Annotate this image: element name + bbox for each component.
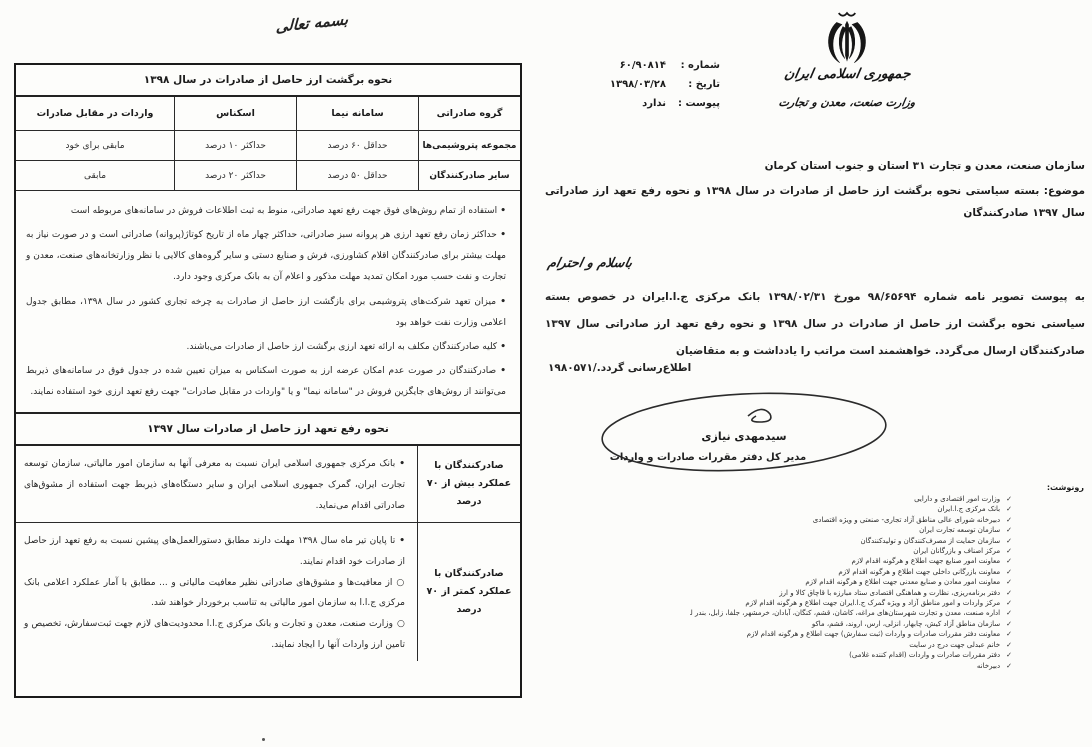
list-item: سامانه نیما — [296, 97, 418, 131]
cc-item: ✓معاونت امور معادن و صنایع معدنی جهت اطل… — [690, 577, 1012, 587]
policy-item: ○وزارت صنعت، معدن و تجارت و بانک مرکزی ج… — [24, 614, 405, 655]
checkmark-icon: ✓ — [1006, 516, 1012, 524]
checkmark-icon: ✓ — [1006, 526, 1012, 534]
list-item: اسکناس — [174, 97, 296, 131]
letter-attachment-row: پیوست : ندارد — [545, 94, 720, 113]
checkmark-icon: ✓ — [1006, 609, 1012, 617]
scan-artifact-dot — [262, 738, 265, 741]
cc-item: ✓بانک مرکزی ج.ا.ایران — [690, 504, 1012, 514]
checkmark-icon: ✓ — [1006, 578, 1012, 586]
table2-group-label: صادرکنندگان با عملکرد بیش از ۷۰ درصد — [417, 446, 520, 522]
subject-line: موضوع: بسته سیاستی نحوه برگشت ارز حاصل ا… — [545, 181, 1085, 224]
table1-header-row: گروه صادراتیسامانه نیمااسکناسواردات در م… — [16, 97, 520, 131]
policy-item-text: تا پایان تیر ماه سال ۱۳۹۸ مهلت دارند مطا… — [24, 536, 405, 567]
iran-emblem-icon — [818, 10, 876, 68]
table1-cell: حداقل ۶۰ درصد — [296, 131, 418, 161]
bullet-marker-icon: • — [399, 536, 405, 546]
cc-item: ✓سازمان مناطق آزاد کیش، چابهار، انزلی، ا… — [690, 619, 1012, 629]
cc-item-text: خانم عبدلی جهت درج در سایت — [909, 641, 1000, 649]
list-item: واردات در مقابل صادرات — [16, 97, 174, 131]
republic-calligraphy: جمهوری اسلامی ایران — [754, 66, 942, 82]
cc-item-text: معاونت دفتر مقررات صادرات و واردات (ثبت … — [747, 630, 1000, 638]
table2-title: نحوه رفع تعهد ارز حاصل از صادرات سال ۱۳۹… — [16, 412, 520, 446]
policy-item-text: بانک مرکزی جمهوری اسلامی ایران نسبت به م… — [24, 459, 405, 510]
number-value: ۶۰/۹۰۸۱۴ — [620, 56, 666, 75]
table1-cell: سایر صادرکنندگان — [418, 161, 520, 191]
cc-item-text: وزارت امور اقتصادی و دارایی — [914, 495, 1000, 503]
table2-row-above-70: صادرکنندگان با عملکرد بیش از ۷۰ درصد •با… — [16, 446, 520, 523]
cc-item-text: بانک مرکزی ج.ا.ایران — [937, 505, 1000, 513]
date-value: ۱۳۹۸/۰۳/۲۸ — [610, 75, 666, 94]
list-item: گروه صادراتی — [418, 97, 520, 131]
table1-row-petrochemicals: مجموعه پتروشیمی‌ها حداقل ۶۰ درصد حداکثر … — [16, 131, 520, 161]
cc-label: رونوشت: — [1018, 483, 1084, 492]
cc-item: ✓دفتر مقررات صادرات و واردات (اقدام کنند… — [690, 650, 1012, 660]
checkmark-icon: ✓ — [1006, 547, 1012, 555]
bullet-marker-icon: ○ — [396, 578, 405, 588]
bullet-marker-icon: ○ — [397, 619, 405, 629]
list-item: کلیه صادرکنندگان مکلف به ارائه تعهد ارزی… — [26, 337, 506, 358]
table1-cell: مابقی برای خود — [16, 131, 174, 161]
cc-item-text: سازمان حمایت از مصرف‌کنندگان و تولیدکنند… — [860, 537, 1000, 545]
cc-item: ✓معاونت بازرگانی داخلی جهت اطلاع و هرگون… — [690, 567, 1012, 577]
cc-item: ✓دفتر برنامه‌ریزی، نظارت و هماهنگی اقتصا… — [690, 588, 1012, 598]
table1-title: نحوه برگشت ارز حاصل از صادرات در سال ۱۳۹… — [16, 65, 520, 97]
cc-item-text: دبیرخانه — [977, 662, 1000, 670]
cc-item-text: معاونت امور صنایع جهت اطلاع و هرگونه اقد… — [851, 557, 1000, 565]
letter-meta-block: شماره : ۶۰/۹۰۸۱۴ تاریخ : ۱۳۹۸/۰۳/۲۸ پیوس… — [545, 56, 720, 113]
checkmark-icon: ✓ — [1006, 568, 1012, 576]
policy-item: •بانک مرکزی جمهوری اسلامی ایران نسبت به … — [24, 454, 405, 516]
policy-item: ○از معافیت‌ها و مشوق‌های صادراتی نظیر مع… — [24, 573, 405, 614]
checkmark-icon: ✓ — [1006, 641, 1012, 649]
bullet-marker-icon: • — [399, 459, 405, 469]
list-item: صادرکنندگان در صورت عدم امکان عرضه ارز ب… — [26, 361, 506, 403]
signature-block: سیدمهدی نیازی مدیر کل دفتر مقررات صادرات… — [598, 390, 890, 482]
policy-item-text: وزارت صنعت، معدن و تجارت و بانک مرکزی ج.… — [24, 619, 405, 650]
letter-body-closing: اطلاع‌رسانی گردد./۱۹۸۰۵۷۱ — [548, 362, 848, 374]
table1-cell: مابقی — [16, 161, 174, 191]
cc-item-text: سازمان توسعه تجارت ایران — [919, 526, 1000, 534]
checkmark-icon: ✓ — [1006, 589, 1012, 597]
checkmark-icon: ✓ — [1006, 662, 1012, 670]
table1-cell: حداکثر ۱۰ درصد — [174, 131, 296, 161]
table1-row-other-exporters: سایر صادرکنندگان حداقل ۵۰ درصد حداکثر ۲۰… — [16, 161, 520, 191]
table1-cell: مجموعه پتروشیمی‌ها — [418, 131, 520, 161]
cc-item-text: معاونت امور معادن و صنایع معدنی جهت اطلا… — [805, 578, 1000, 586]
checkmark-icon: ✓ — [1006, 620, 1012, 628]
cc-item-text: دبیرخانه شورای عالی مناطق آزاد تجاری- صن… — [813, 516, 1000, 524]
cc-item: ✓معاونت دفتر مقررات صادرات و واردات (ثبت… — [690, 629, 1012, 639]
cc-item: ✓سازمان حمایت از مصرف‌کنندگان و تولیدکنن… — [690, 536, 1012, 546]
cc-item-text: اداره صنعت، معدن و تجارت شهرستان‌های مرا… — [690, 609, 1000, 617]
cc-item: ✓مرکز اصناف و بازرگانان ایران — [690, 546, 1012, 556]
bismillah-calligraphy: بسمه تعالی — [252, 8, 372, 39]
policy-item: •تا پایان تیر ماه سال ۱۳۹۸ مهلت دارند مط… — [24, 531, 405, 572]
list-item: استفاده از تمام روش‌های فوق جهت رفع تعهد… — [26, 201, 506, 222]
table2-group-label: صادرکنندگان با عملکرد کمتر از ۷۰ درصد — [417, 523, 520, 661]
cc-item-text: مرکز اصناف و بازرگانان ایران — [913, 547, 1000, 555]
attachment-label: پیوست : — [672, 94, 720, 113]
cc-item-text: معاونت بازرگانی داخلی جهت اطلاع و هرگونه… — [838, 568, 1000, 576]
date-label: تاریخ : — [672, 75, 720, 94]
table2-row-content: •تا پایان تیر ماه سال ۱۳۹۸ مهلت دارند مط… — [16, 523, 417, 661]
checkmark-icon: ✓ — [1006, 537, 1012, 545]
letter-body: به پیوست تصویر نامه شماره ۹۸/۶۵۶۹۴ مورخ … — [545, 284, 1085, 364]
checkmark-icon: ✓ — [1006, 630, 1012, 638]
cc-item: ✓خانم عبدلی جهت درج در سایت — [690, 640, 1012, 650]
letter-number-row: شماره : ۶۰/۹۰۸۱۴ — [545, 56, 720, 75]
cc-item-text: دفتر مقررات صادرات و واردات (اقدام کننده… — [849, 651, 1000, 659]
ministry-calligraphy: وزارت صنعت، معدن و تجارت — [741, 96, 953, 109]
policy-item-text: از معافیت‌ها و مشوق‌های صادراتی نظیر معا… — [24, 578, 405, 609]
signer-name: سیدمهدی نیازی — [598, 430, 890, 443]
signer-title: مدیر کل دفتر مقررات صادرات و واردات — [558, 452, 858, 463]
recipient-line: سازمان صنعت، معدن و تجارت ۳۱ استان و جنو… — [545, 160, 1085, 172]
cc-item: ✓سازمان توسعه تجارت ایران — [690, 525, 1012, 535]
list-item: حداکثر زمان رفع تعهد ارزی هر پروانه سبز … — [26, 225, 506, 288]
checkmark-icon: ✓ — [1006, 505, 1012, 513]
attachment-value: ندارد — [642, 94, 666, 113]
cc-item: ✓معاونت امور صنایع جهت اطلاع و هرگونه اق… — [690, 556, 1012, 566]
table2-row-below-70: صادرکنندگان با عملکرد کمتر از ۷۰ درصد •ت… — [16, 523, 520, 661]
checkmark-icon: ✓ — [1006, 495, 1012, 503]
checkmark-icon: ✓ — [1006, 651, 1012, 659]
cc-item-text: دفتر برنامه‌ریزی، نظارت و هماهنگی اقتصاد… — [779, 589, 1000, 597]
cc-item: ✓مرکز واردات و امور مناطق آزاد و ویژه گم… — [690, 598, 1012, 608]
table1-cell: حداکثر ۲۰ درصد — [174, 161, 296, 191]
list-item: میزان تعهد شرکت‌های پتروشیمی برای بازگشت… — [26, 292, 506, 334]
checkmark-icon: ✓ — [1006, 599, 1012, 607]
letter-date-row: تاریخ : ۱۳۹۸/۰۳/۲۸ — [545, 75, 720, 94]
cc-item: ✓اداره صنعت، معدن و تجارت شهرستان‌های مر… — [690, 608, 1012, 618]
policy-tables-box: نحوه برگشت ارز حاصل از صادرات در سال ۱۳۹… — [14, 63, 522, 698]
cc-item: ✓دبیرخانه — [690, 661, 1012, 671]
cc-item-text: مرکز واردات و امور مناطق آزاد و ویژه گمر… — [745, 599, 1000, 607]
number-label: شماره : — [672, 56, 720, 75]
cc-item-text: سازمان مناطق آزاد کیش، چابهار، انزلی، ار… — [812, 620, 1000, 628]
cc-item: ✓دبیرخانه شورای عالی مناطق آزاد تجاری- ص… — [690, 515, 1012, 525]
policy-bullet-list: استفاده از تمام روش‌های فوق جهت رفع تعهد… — [16, 191, 520, 412]
scanned-letter-page: { "page": { "bismillah": "بسمه تعالی" },… — [0, 0, 1092, 747]
salutation-script: باسلام و احترام — [546, 256, 633, 271]
cc-item: ✓وزارت امور اقتصادی و دارایی — [690, 494, 1012, 504]
table2-row-content: •بانک مرکزی جمهوری اسلامی ایران نسبت به … — [16, 446, 417, 522]
cc-distribution-list: ✓وزارت امور اقتصادی و دارایی✓بانک مرکزی … — [690, 494, 1012, 671]
checkmark-icon: ✓ — [1006, 557, 1012, 565]
table1-cell: حداقل ۵۰ درصد — [296, 161, 418, 191]
